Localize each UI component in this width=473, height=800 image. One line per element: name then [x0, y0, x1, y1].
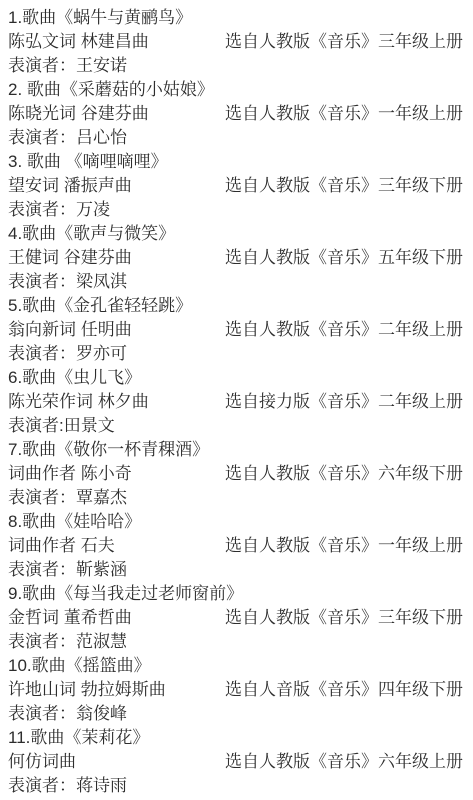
credits-line: 词曲作者 陈小奇 选自人教版《音乐》六年级下册: [8, 462, 473, 486]
credits-line: 陈弘文词 林建昌曲 选自人教版《音乐》三年级上册: [8, 30, 473, 54]
authors: 何仿词曲: [8, 750, 225, 774]
credits-line: 词曲作者 石夫 选自人教版《音乐》一年级上册: [8, 534, 473, 558]
performer: 表演者：罗亦可: [8, 342, 473, 366]
authors: 翁向新词 任明曲: [8, 318, 225, 342]
performer: 表演者：覃嘉杰: [8, 486, 473, 510]
performer: 表演者：吕心怡: [8, 126, 473, 150]
source: 选自人音版《音乐》四年级下册: [225, 678, 463, 702]
source: 选自人教版《音乐》三年级下册: [225, 606, 463, 630]
source: 选自人教版《音乐》三年级上册: [225, 30, 463, 54]
authors: 望安词 潘振声曲: [8, 174, 225, 198]
song-entry: 7.歌曲《敬你一杯青稞酒》 词曲作者 陈小奇 选自人教版《音乐》六年级下册 表演…: [8, 438, 473, 510]
song-entry: 3. 歌曲 《嘀哩嘀哩》 望安词 潘振声曲 选自人教版《音乐》三年级下册 表演者…: [8, 150, 473, 222]
performer: 表演者：翁俊峰: [8, 702, 473, 726]
song-title: 1.歌曲《蜗牛与黄鹂鸟》: [8, 6, 473, 30]
song-title: 3. 歌曲 《嘀哩嘀哩》: [8, 150, 473, 174]
credits-line: 金哲词 董希哲曲 选自人教版《音乐》三年级下册: [8, 606, 473, 630]
authors: 许地山词 勃拉姆斯曲: [8, 678, 225, 702]
song-entry: 9.歌曲《每当我走过老师窗前》 金哲词 董希哲曲 选自人教版《音乐》三年级下册 …: [8, 582, 473, 654]
source: 选自人教版《音乐》一年级上册: [225, 102, 463, 126]
performer: 表演者：范淑慧: [8, 630, 473, 654]
song-entry: 10.歌曲《摇篮曲》 许地山词 勃拉姆斯曲 选自人音版《音乐》四年级下册 表演者…: [8, 654, 473, 726]
source: 选自人教版《音乐》三年级下册: [225, 174, 463, 198]
song-title: 6.歌曲《虫儿飞》: [8, 366, 473, 390]
source: 选自接力版《音乐》二年级上册: [225, 390, 463, 414]
performer: 表演者：蒋诗雨: [8, 774, 473, 798]
credits-line: 陈光荣作词 林夕曲 选自接力版《音乐》二年级上册: [8, 390, 473, 414]
song-entry: 2. 歌曲《采蘑菇的小姑娘》 陈晓光词 谷建芬曲 选自人教版《音乐》一年级上册 …: [8, 78, 473, 150]
authors: 陈晓光词 谷建芬曲: [8, 102, 225, 126]
credits-line: 何仿词曲 选自人教版《音乐》六年级上册: [8, 750, 473, 774]
performer: 表演者：王安诺: [8, 54, 473, 78]
song-title: 11.歌曲《茉莉花》: [8, 726, 473, 750]
song-list-document: 1.歌曲《蜗牛与黄鹂鸟》 陈弘文词 林建昌曲 选自人教版《音乐》三年级上册 表演…: [0, 0, 473, 798]
performer: 表演者：梁凤淇: [8, 270, 473, 294]
source: 选自人教版《音乐》二年级上册: [225, 318, 463, 342]
credits-line: 许地山词 勃拉姆斯曲 选自人音版《音乐》四年级下册: [8, 678, 473, 702]
source: 选自人教版《音乐》五年级下册: [225, 246, 463, 270]
performer: 表演者：万凌: [8, 198, 473, 222]
song-title: 7.歌曲《敬你一杯青稞酒》: [8, 438, 473, 462]
song-entry: 11.歌曲《茉莉花》 何仿词曲 选自人教版《音乐》六年级上册 表演者：蒋诗雨: [8, 726, 473, 798]
credits-line: 王健词 谷建芬曲 选自人教版《音乐》五年级下册: [8, 246, 473, 270]
credits-line: 望安词 潘振声曲 选自人教版《音乐》三年级下册: [8, 174, 473, 198]
song-title: 10.歌曲《摇篮曲》: [8, 654, 473, 678]
source: 选自人教版《音乐》六年级上册: [225, 750, 463, 774]
song-entry: 6.歌曲《虫儿飞》 陈光荣作词 林夕曲 选自接力版《音乐》二年级上册 表演者:田…: [8, 366, 473, 438]
song-entry: 8.歌曲《娃哈哈》 词曲作者 石夫 选自人教版《音乐》一年级上册 表演者：靳紫涵: [8, 510, 473, 582]
song-title: 4.歌曲《歌声与微笑》: [8, 222, 473, 246]
source: 选自人教版《音乐》六年级下册: [225, 462, 463, 486]
authors: 陈光荣作词 林夕曲: [8, 390, 225, 414]
authors: 金哲词 董希哲曲: [8, 606, 225, 630]
song-title: 2. 歌曲《采蘑菇的小姑娘》: [8, 78, 473, 102]
authors: 词曲作者 陈小奇: [8, 462, 225, 486]
performer: 表演者：靳紫涵: [8, 558, 473, 582]
authors: 王健词 谷建芬曲: [8, 246, 225, 270]
song-entry: 4.歌曲《歌声与微笑》 王健词 谷建芬曲 选自人教版《音乐》五年级下册 表演者：…: [8, 222, 473, 294]
song-title: 9.歌曲《每当我走过老师窗前》: [8, 582, 473, 606]
performer: 表演者:田景文: [8, 414, 473, 438]
song-entry: 5.歌曲《金孔雀轻轻跳》 翁向新词 任明曲 选自人教版《音乐》二年级上册 表演者…: [8, 294, 473, 366]
credits-line: 翁向新词 任明曲 选自人教版《音乐》二年级上册: [8, 318, 473, 342]
song-title: 8.歌曲《娃哈哈》: [8, 510, 473, 534]
authors: 词曲作者 石夫: [8, 534, 225, 558]
credits-line: 陈晓光词 谷建芬曲 选自人教版《音乐》一年级上册: [8, 102, 473, 126]
source: 选自人教版《音乐》一年级上册: [225, 534, 463, 558]
authors: 陈弘文词 林建昌曲: [8, 30, 225, 54]
song-entry: 1.歌曲《蜗牛与黄鹂鸟》 陈弘文词 林建昌曲 选自人教版《音乐》三年级上册 表演…: [8, 6, 473, 78]
song-title: 5.歌曲《金孔雀轻轻跳》: [8, 294, 473, 318]
